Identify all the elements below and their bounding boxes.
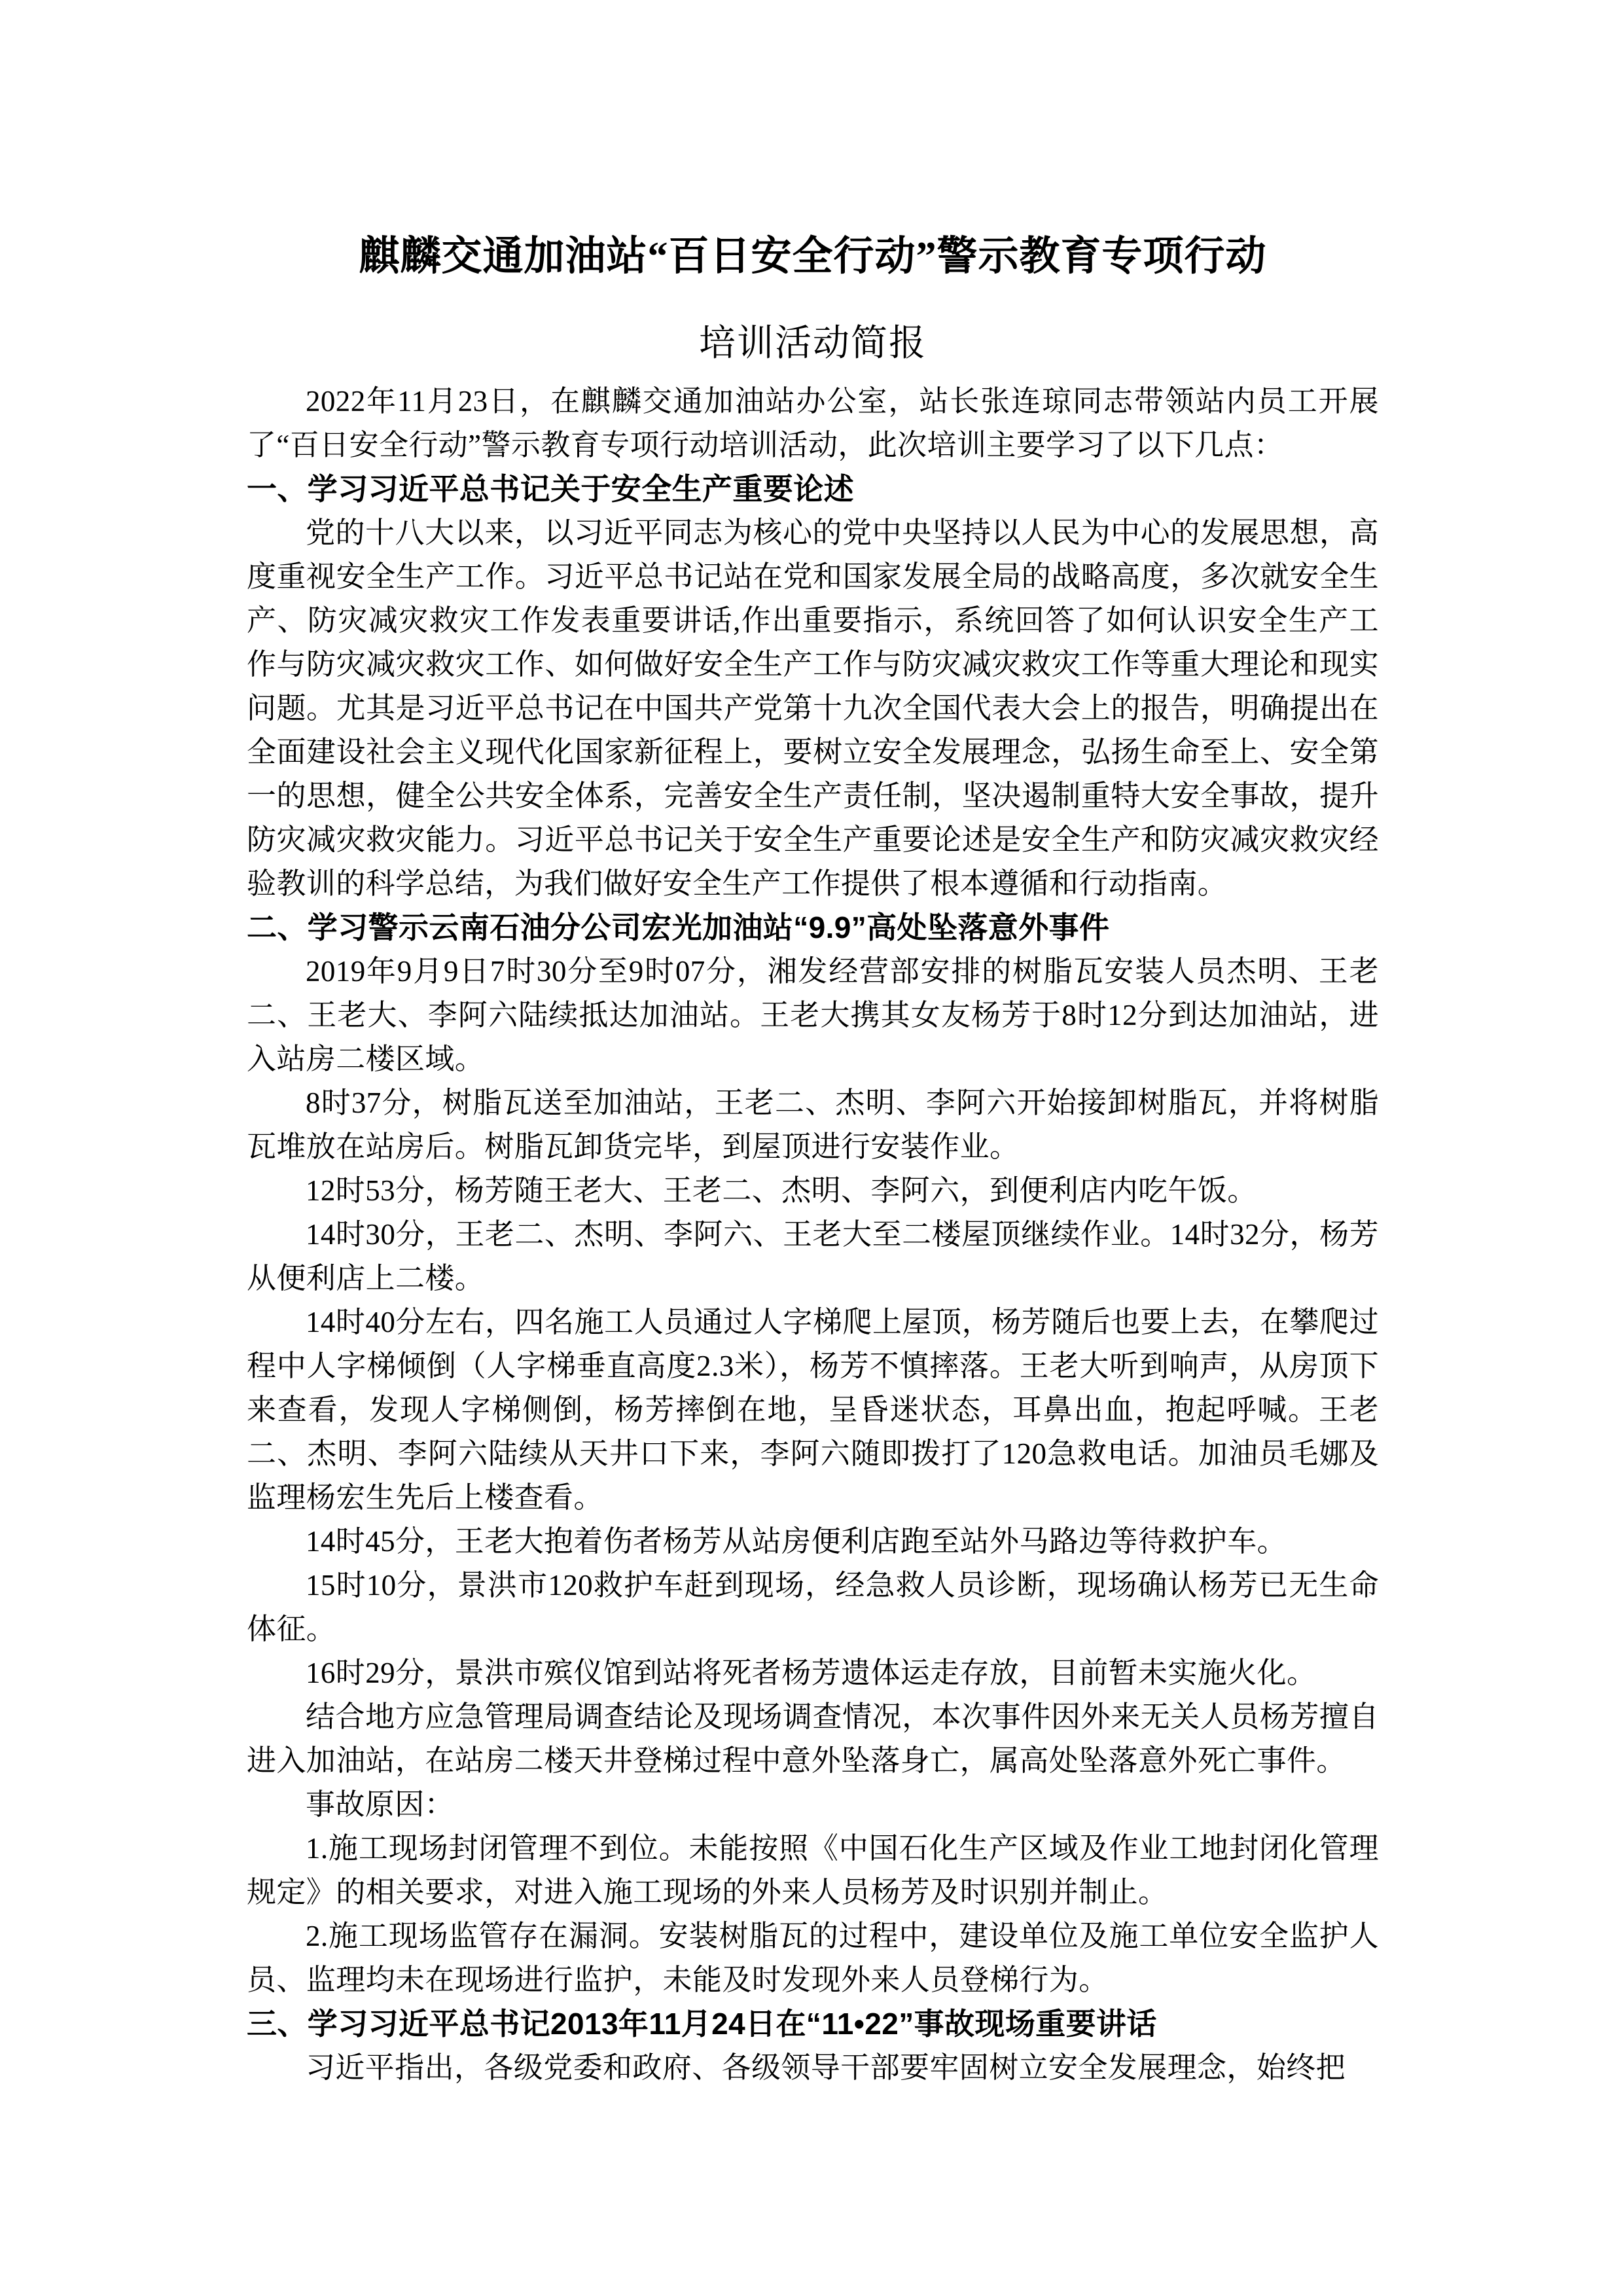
accident-cause-2: 2.施工现场监管存在漏洞。安装树脂瓦的过程中，建设单位及施工单位安全监护人员、监… [247,1914,1379,2002]
section-2-paragraph: 14时30分，王老二、杰明、李阿六、王老大至二楼屋顶继续作业。14时32分，杨芳… [247,1213,1379,1300]
section-3-heading: 三、学习习近平总书记2013年11月24日在“11•22”事故现场重要讲话 [247,2002,1379,2046]
document-subtitle: 培训活动简报 [247,324,1379,363]
section-2-paragraph: 14时45分，王老大抱着伤者杨芳从站房便利店跑至站外马路边等待救护车。 [247,1520,1379,1564]
document-body: 2022年11月23日，在麒麟交通加油站办公室，站长张连琼同志带领站内员工开展了… [247,380,1379,2090]
section-1-paragraph: 党的十八大以来，以习近平同志为核心的党中央坚持以人民为中心的发展思想，高度重视安… [247,511,1379,906]
section-1-heading: 一、学习习近平总书记关于安全生产重要论述 [247,467,1379,511]
document-content: 麒麟交通加油站“百日安全行动”警示教育专项行动 培训活动简报 2022年11月2… [247,0,1379,2090]
section-3-paragraph: 习近平指出，各级党委和政府、各级领导干部要牢固树立安全发展理念，始终把 [247,2046,1379,2090]
section-2-paragraph: 15时10分，景洪市120救护车赶到现场，经急救人员诊断，现场确认杨芳已无生命体… [247,1564,1379,1651]
section-2-paragraph: 16时29分，景洪市殡仪馆到站将死者杨芳遗体运走存放，目前暂未实施火化。 [247,1651,1379,1695]
intro-paragraph: 2022年11月23日，在麒麟交通加油站办公室，站长张连琼同志带领站内员工开展了… [247,380,1379,467]
section-2-paragraph: 12时53分，杨芳随王老大、王老二、杰明、李阿六，到便利店内吃午饭。 [247,1169,1379,1213]
accident-causes-label: 事故原因： [247,1783,1379,1827]
accident-cause-1: 1.施工现场封闭管理不到位。未能按照《中国石化生产区域及作业工地封闭化管理规定》… [247,1827,1379,1914]
section-2-paragraph: 14时40分左右，四名施工人员通过人字梯爬上屋顶，杨芳随后也要上去，在攀爬过程中… [247,1300,1379,1520]
section-2-paragraph: 2019年9月9日7时30分至9时07分，湘发经营部安排的树脂瓦安装人员杰明、王… [247,950,1379,1081]
document-page: 麒麟交通加油站“百日安全行动”警示教育专项行动 培训活动简报 2022年11月2… [0,0,1623,2296]
section-2-paragraph: 结合地方应急管理局调查结论及现场调查情况，本次事件因外来无关人员杨芳擅自进入加油… [247,1695,1379,1783]
section-2-paragraph: 8时37分，树脂瓦送至加油站，王老二、杰明、李阿六开始接卸树脂瓦，并将树脂瓦堆放… [247,1081,1379,1169]
section-2-heading: 二、学习警示云南石油分公司宏光加油站“9.9”高处坠落意外事件 [247,906,1379,950]
document-title: 麒麟交通加油站“百日安全行动”警示教育专项行动 [247,236,1379,277]
